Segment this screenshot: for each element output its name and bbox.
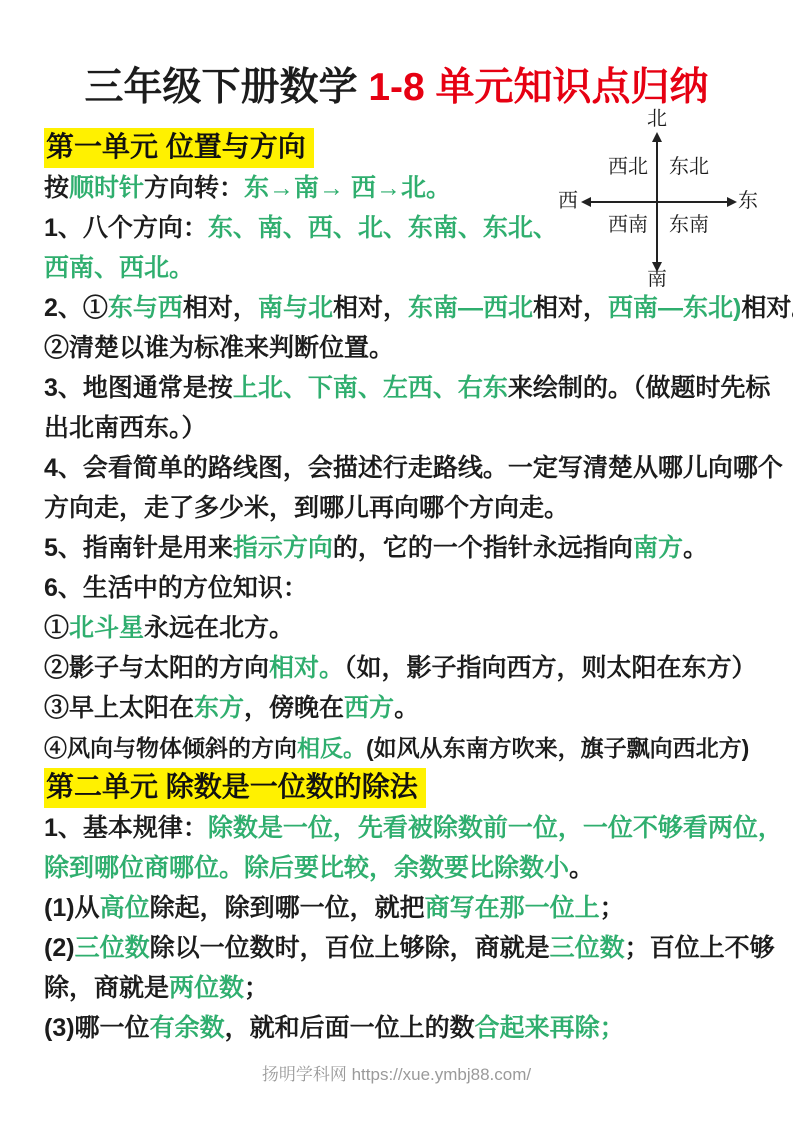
body-text: 6、生活中的方位知识： <box>44 574 308 602</box>
paragraph-line: 3、地图通常是按上北、下南、左西、右东来绘制的。（做题时先标 <box>44 368 791 408</box>
paragraph-line: 除到哪位商哪位。除后要比较，余数要比除数小。 <box>44 848 791 888</box>
keyword-text: 相反。 <box>297 735 366 761</box>
keyword-text: 西南、西北。 <box>44 254 194 282</box>
body-text: (1)从 <box>44 894 100 922</box>
body-text: 相对。 <box>741 294 793 322</box>
body-text: (2) <box>44 934 75 962</box>
paragraph-line: 1、八个方向：东、南、西、北、东南、东北、 <box>44 208 791 248</box>
body-text: 方向转： <box>144 174 244 202</box>
body-text: 4、会看简单的路线图，会描述行走路线。一定写清楚从哪儿向哪个 <box>44 454 783 482</box>
keyword-text: 有余数 <box>150 1014 225 1042</box>
body-text: 永远在北方。 <box>144 614 294 642</box>
paragraph-line: 西南、西北。 <box>44 248 791 288</box>
paragraph-line: ④风向与物体倾斜的方向相反。(如风从东南方吹来，旗子飘向西北方) <box>44 728 791 768</box>
paragraph-line: 1、基本规律：除数是一位，先看被除数前一位，一位不够看两位， <box>44 808 791 848</box>
keyword-text: 东方 <box>194 694 244 722</box>
body-text: 相对， <box>533 294 608 322</box>
paragraph-line: 2、①东与西相对，南与北相对，东南—西北相对，西南—东北)相对。 <box>44 288 791 328</box>
paragraph-line: 按顺时针方向转：东→南→ 西→北。 <box>44 168 791 208</box>
body-text: 相对， <box>333 294 408 322</box>
body-text: ，就和后面一位上的数 <box>225 1014 475 1042</box>
body-text: ③早上太阳在 <box>44 694 194 722</box>
paragraph-line: 出北南西东。） <box>44 408 791 448</box>
body-text: 2、① <box>44 294 108 322</box>
body-text: 方向走，走了多少米，到哪儿再向哪个方向走。 <box>44 494 569 522</box>
body-text: 5、指南针是用来 <box>44 534 233 562</box>
keyword-text: 合起来再除； <box>475 1014 625 1042</box>
body-text: ②清楚以谁为标准来判断位置。 <box>44 334 394 362</box>
keyword-text: 东、南、西、北、东南、东北、 <box>208 214 558 242</box>
keyword-text: 除数是一位，先看被除数前一位，一位不够看两位， <box>208 814 783 842</box>
keyword-text: 西方 <box>344 694 394 722</box>
watermark-footer: 扬明学科网 https://xue.ymbj88.com/ <box>0 1060 793 1085</box>
keyword-text: 三位数 <box>75 934 150 962</box>
keyword-text: 东→南→ 西→北。 <box>244 174 451 202</box>
paragraph-line: (3)哪一位有余数，就和后面一位上的数合起来再除； <box>44 1008 791 1048</box>
paragraph-line: ②清楚以谁为标准来判断位置。 <box>44 328 791 368</box>
body-text: 。 <box>683 534 708 562</box>
paragraph-line: 5、指南针是用来指示方向的，它的一个指针永远指向南方。 <box>44 528 791 568</box>
body-text: ；百位上不够 <box>625 934 775 962</box>
body-text: 出北南西东。） <box>44 414 207 442</box>
body-text: ； <box>600 894 625 922</box>
body-text: 3、地图通常是按 <box>44 374 233 402</box>
body-text: ① <box>44 614 69 642</box>
body-text: (3)哪一位 <box>44 1014 150 1042</box>
body-text: 来绘制的。（做题时先标 <box>508 374 771 402</box>
keyword-text: 指示方向 <box>233 534 333 562</box>
keyword-text: 南方 <box>633 534 683 562</box>
keyword-text: 北斗星 <box>69 614 144 642</box>
body-text: ，傍晚在 <box>244 694 344 722</box>
keyword-text: 东与西 <box>108 294 183 322</box>
paragraph-line: ③早上太阳在东方，傍晚在西方。 <box>44 688 791 728</box>
body-text: 的，它的一个指针永远指向 <box>333 534 633 562</box>
body-text: 1、八个方向： <box>44 214 208 242</box>
paragraph-line: ①北斗星永远在北方。 <box>44 608 791 648</box>
keyword-text: 除到哪位商哪位。除后要比较，余数要比除数小 <box>44 854 569 882</box>
keyword-text: 三位数 <box>550 934 625 962</box>
body-text: 除，商就是 <box>44 974 169 1002</box>
page-title: 三年级下册数学 1-8 单元知识点归纳 <box>0 56 793 112</box>
keyword-text: 两位数 <box>169 974 244 1002</box>
section-header: 第二单元 除数是一位数的除法 <box>44 768 426 808</box>
body-text: (如风从东南方吹来，旗子飘向西北方) <box>366 735 749 761</box>
keyword-text: 上北、下南、左西、右东 <box>233 374 508 402</box>
document-body: 第一单元 位置与方向按顺时针方向转：东→南→ 西→北。1、八个方向：东、南、西、… <box>44 128 791 1048</box>
paragraph-line: 4、会看简单的路线图，会描述行走路线。一定写清楚从哪儿向哪个 <box>44 448 791 488</box>
paragraph-line: ②影子与太阳的方向相对。（如，影子指向西方，则太阳在东方） <box>44 648 791 688</box>
paragraph-line: (1)从高位除起，除到哪一位，就把商写在那一位上； <box>44 888 791 928</box>
compass-label-north: 北 <box>647 108 667 130</box>
body-text: （如，影子指向西方，则太阳在东方） <box>344 654 757 682</box>
keyword-text: 西南—东北) <box>608 294 741 322</box>
body-text: 1、基本规律： <box>44 814 208 842</box>
paragraph-line: 除，商就是两位数； <box>44 968 791 1008</box>
body-text: 相对， <box>183 294 258 322</box>
paragraph-line: 方向走，走了多少米，到哪儿再向哪个方向走。 <box>44 488 791 528</box>
body-text: 。 <box>569 854 594 882</box>
keyword-text: 高位 <box>100 894 150 922</box>
section-header: 第一单元 位置与方向 <box>44 128 314 168</box>
keyword-text: 南与北 <box>258 294 333 322</box>
body-text: 。 <box>394 694 419 722</box>
keyword-text: 相对。 <box>269 654 344 682</box>
paragraph-line: (2)三位数除以一位数时，百位上够除，商就是三位数；百位上不够 <box>44 928 791 968</box>
page-title-red: 1-8 单元知识点归纳 <box>368 66 708 109</box>
keyword-text: 东南—西北 <box>408 294 533 322</box>
body-text: 除起，除到哪一位，就把 <box>150 894 425 922</box>
paragraph-line: 6、生活中的方位知识： <box>44 568 791 608</box>
keyword-text: 顺时针 <box>69 174 144 202</box>
page-title-black: 三年级下册数学 <box>84 66 368 109</box>
body-text: ④风向与物体倾斜的方向 <box>44 735 297 761</box>
body-text: ； <box>244 974 269 1002</box>
keyword-text: 商写在那一位上 <box>425 894 600 922</box>
body-text: 按 <box>44 174 69 202</box>
body-text: ②影子与太阳的方向 <box>44 654 269 682</box>
body-text: 除以一位数时，百位上够除，商就是 <box>150 934 550 962</box>
